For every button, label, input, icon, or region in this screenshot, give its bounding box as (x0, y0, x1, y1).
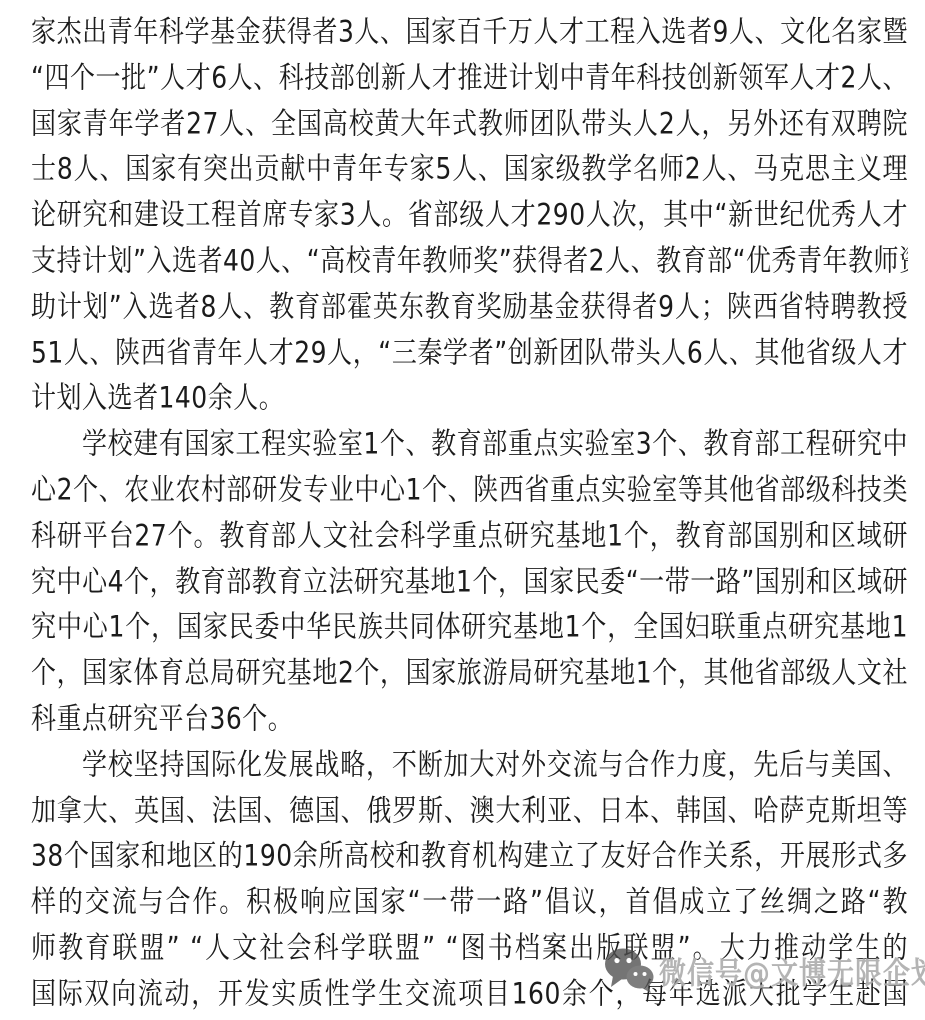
text-line: 国际双向流动，开发实质性学生交流项目160余个，每年选派大批学生赴国 (31, 967, 908, 1020)
document-text-block: 家杰出青年科学基金获得者3人、国家百千万人才工程入选者9人、文化名家暨 “四个一… (31, 9, 908, 1017)
document-page: 家杰出青年科学基金获得者3人、国家百千万人才工程入选者9人、文化名家暨 “四个一… (0, 0, 925, 1020)
